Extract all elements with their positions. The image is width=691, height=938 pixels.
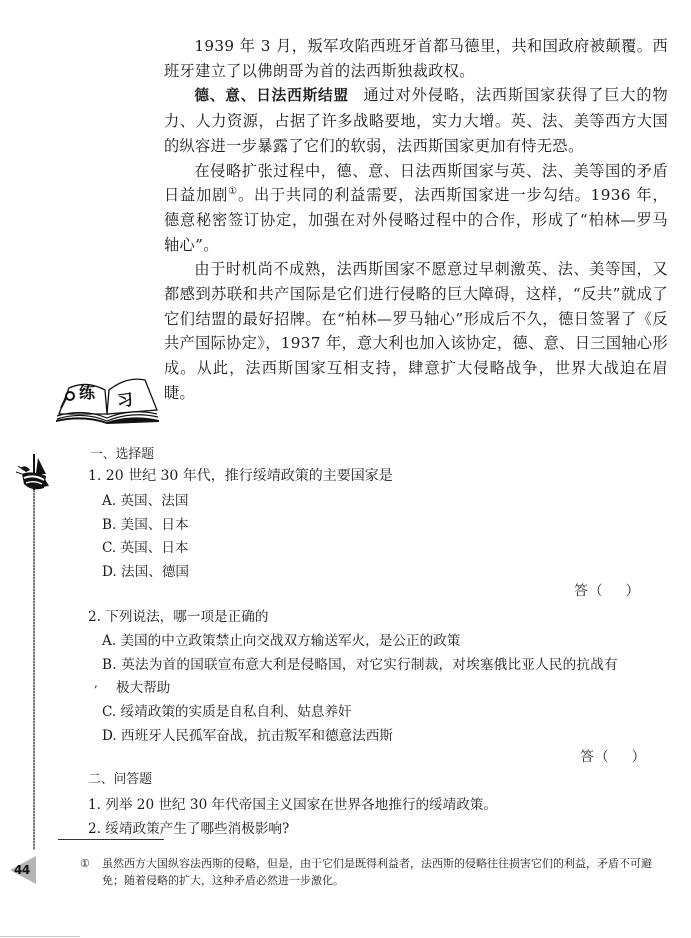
question-2-answer-blank[interactable]: 答（） <box>580 745 646 765</box>
question-1-answer-blank[interactable]: 答（） <box>574 579 640 599</box>
svg-text:练: 练 <box>79 383 96 402</box>
question-2-option-d: D. 西班牙人民孤军奋战，抗击叛军和德意法西斯 <box>102 724 393 744</box>
footnote: ①虽然西方大国纵容法西斯的侵略，但是，由于它们是既得利益者，法西斯的侵略往往损害… <box>80 855 680 889</box>
footnote-marker: ① <box>80 855 102 872</box>
question-1-stem: 1. 20 世纪 30 年代，推行绥靖政策的主要国家是 <box>88 465 393 485</box>
subheading-alliance: 德、意、日法西斯结盟 <box>194 87 349 104</box>
paragraph-spain: 1939 年 3 月，叛军攻陷西班牙首都马德里，共和国政府被颠覆。西班牙建立了以… <box>164 34 668 83</box>
body-text: 1939 年 3 月，叛军攻陷西班牙首都马德里，共和国政府被颠覆。西班牙建立了以… <box>164 34 668 406</box>
essay-question-1: 1. 列举 20 世纪 30 年代帝国主义国家在世界各地推行的绥靖政策。 <box>88 793 497 813</box>
footnote-line-2: 免；随着侵略的扩大，这种矛盾必然进一步激化。 <box>80 872 680 889</box>
question-2-option-a: A. 美国的中立政策禁止向交战双方输送军火，是公正的政策 <box>102 629 460 649</box>
paragraph-alliance: 德、意、日法西斯结盟通过对外侵略，法西斯国家获得了巨大的物力、人力资源，占据了许… <box>164 83 668 158</box>
footnote-divider <box>58 839 164 840</box>
paragraph-axis: 由于时机尚不成熟，法西斯国家不愿意过早刺激英、法、美等国，又都感到苏联和共产国际… <box>164 257 668 405</box>
bottom-edge-rule <box>0 936 80 937</box>
exercise-book-icon: 练 习 <box>53 370 161 424</box>
question-2-option-b: B. 英法为首的国联宣布意大利是侵略国，对它实行制裁，对埃塞俄比亚人民的抗战有 <box>102 653 618 673</box>
page-number: 44 <box>14 863 30 877</box>
footnote-ref[interactable]: ① <box>228 186 238 197</box>
question-1-option-a: A. 英国、法国 <box>102 489 188 509</box>
svg-text:习: 习 <box>116 390 135 411</box>
section-title-essay: 二、问答题 <box>88 768 152 787</box>
stray-comma-mark: , <box>94 676 98 690</box>
question-2-stem: 2. 下列说法，哪一项是正确的 <box>88 605 268 625</box>
question-1-option-d: D. 法国、德国 <box>102 560 189 580</box>
section-title-choice: 一、选择题 <box>90 443 154 462</box>
margin-rule <box>33 490 35 850</box>
essay-question-2: 2. 绥靖政策产生了哪些消极影响? <box>88 817 289 837</box>
tree-ornament-icon <box>12 452 52 494</box>
question-2-option-c: C. 绥靖政策的实质是自私自利、姑息养奸 <box>102 700 352 720</box>
question-2-option-b-continued: 极大帮助 <box>116 676 170 696</box>
question-1-option-c: C. 英国、日本 <box>102 536 189 556</box>
footnote-line-1: 虽然西方大国纵容法西斯的侵略，但是，由于它们是既得利益者，法西斯的侵略往往损害它… <box>102 857 652 870</box>
question-1-option-b: B. 美国、日本 <box>102 513 189 533</box>
paragraph-conflict: 在侵略扩张过程中，德、意、日法西斯国家与英、法、美等国的矛盾日益加剧①。出于共同… <box>164 159 668 258</box>
